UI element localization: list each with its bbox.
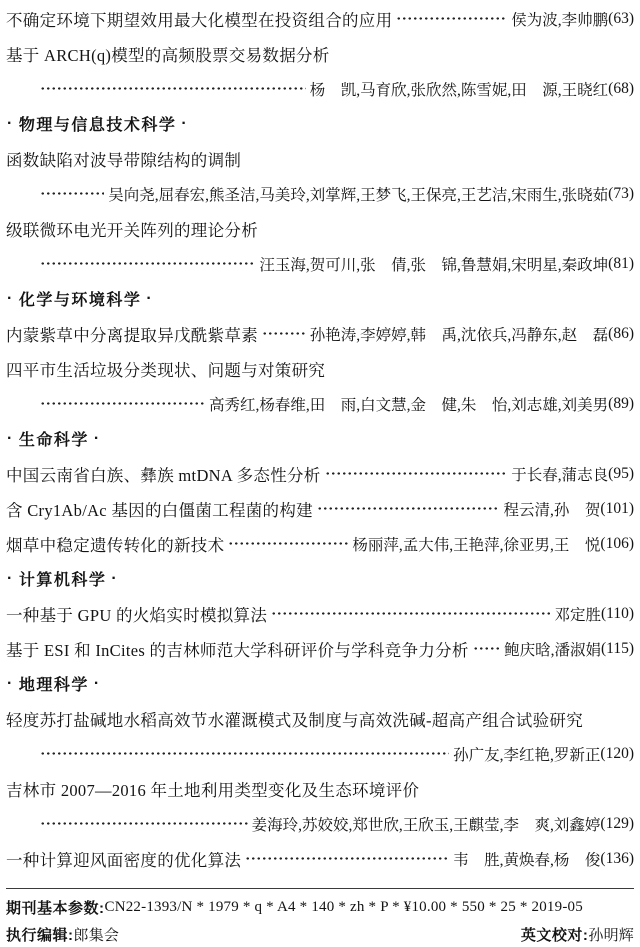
toc-entry-row: 中国云南省白族、彝族 mtDNA 多态性分析于长春,蒲志良(95) <box>6 456 634 491</box>
toc-authors-row: 孙广友,李红艳,罗新正(120) <box>6 736 634 771</box>
article-title: 一种基于 GPU 的火焰实时模拟算法 <box>6 602 267 626</box>
article-title: 内蒙紫草中分离提取异戊酰紫草素 <box>6 322 258 346</box>
toc-title-row: 函数缺陷对波导带隙结构的调制 <box>6 141 634 176</box>
dot-leader <box>40 185 104 203</box>
dot-leader <box>473 640 500 658</box>
page-number: (81) <box>608 255 634 273</box>
section-title: 物理与信息技术科学 <box>19 112 177 135</box>
section-title: 化学与环境科学 <box>19 287 142 310</box>
toc-entry-row: 基于 ESI 和 InCites 的吉林师范大学科研评价与学科竞争力分析鲍庆晗,… <box>6 631 634 666</box>
section-header-row: ·物理与信息技术科学· <box>6 106 634 141</box>
section-marker-dot: · <box>7 115 14 133</box>
section-marker-dot: · <box>111 570 118 588</box>
dot-leader <box>262 325 306 343</box>
page-number: (136) <box>600 850 634 868</box>
section-marker-dot: · <box>7 675 14 693</box>
page-number: (63) <box>608 10 634 28</box>
dot-leader <box>40 80 306 98</box>
section-marker-dot: · <box>7 290 14 308</box>
dot-leader <box>228 535 348 553</box>
dot-leader <box>271 605 550 623</box>
toc-entry-row: 一种计算迎风面密度的优化算法韦 胜,黄焕春,杨 俊(136) <box>6 841 634 876</box>
toc-title-row: 基于 ARCH(q)模型的高频股票交易数据分析 <box>6 36 634 71</box>
section-marker-dot: · <box>181 115 188 133</box>
page-number: (101) <box>600 500 634 518</box>
page-number: (106) <box>600 535 634 553</box>
page-number: (115) <box>601 640 634 658</box>
executive-editor-value: 郎集会 <box>74 924 120 945</box>
article-title: 烟草中稳定遗传转化的新技术 <box>6 532 224 556</box>
toc-authors-row: 吴向尧,屈春宏,熊圣洁,马美玲,刘掌辉,王梦飞,王保亮,王艺洁,宋雨生,张晓茹(… <box>6 176 634 211</box>
section-marker-dot: · <box>7 430 14 448</box>
section-header-row: ·生命科学· <box>6 421 634 456</box>
english-proofreader-value: 孙明辉 <box>588 924 634 945</box>
journal-toc-page: 不确定环境下期望效用最大化模型在投资组合的应用侯为波,李帅鹏(63)基于 ARC… <box>0 0 640 947</box>
dot-leader <box>40 745 449 763</box>
article-authors: 韦 胜,黄焕春,杨 俊 <box>453 848 600 870</box>
section-title: 地理科学 <box>19 672 89 695</box>
toc-title-row: 四平市生活垃圾分类现状、问题与对策研究 <box>6 351 634 386</box>
toc-authors-row: 汪玉海,贺可川,张 倩,张 锦,鲁慧娟,宋明星,秦政坤(81) <box>6 246 634 281</box>
page-number: (89) <box>608 395 634 413</box>
article-title: 不确定环境下期望效用最大化模型在投资组合的应用 <box>6 7 392 31</box>
article-title: 轻度苏打盐碱地水稻高效节水灌溉模式及制度与高效洗碱-超高产组合试验研究 <box>6 707 583 731</box>
article-authors: 汪玉海,贺可川,张 倩,张 锦,鲁慧娟,宋明星,秦政坤 <box>259 253 608 275</box>
article-title: 四平市生活垃圾分类现状、问题与对策研究 <box>6 357 325 381</box>
article-title: 基于 ESI 和 InCites 的吉林师范大学科研评价与学科竞争力分析 <box>6 637 469 661</box>
dot-leader <box>40 815 248 833</box>
toc-entry-row: 一种基于 GPU 的火焰实时模拟算法邓定胜(110) <box>6 596 634 631</box>
section-marker-dot: · <box>7 570 14 588</box>
page-number: (129) <box>600 815 634 833</box>
dot-leader <box>317 500 500 518</box>
journal-params-label: 期刊基本参数: <box>6 897 105 918</box>
dot-leader <box>396 10 507 28</box>
article-title: 函数缺陷对波导带隙结构的调制 <box>6 147 241 171</box>
article-title: 含 Cry1Ab/Ac 基因的白僵菌工程菌的构建 <box>6 497 313 521</box>
page-number: (95) <box>608 465 634 483</box>
toc-title-row: 级联微环电光开关阵列的理论分析 <box>6 211 634 246</box>
executive-editor: 执行编辑: 郎集会 <box>6 924 119 945</box>
dot-leader <box>40 255 255 273</box>
section-marker-dot: · <box>94 430 101 448</box>
page-number: (110) <box>601 605 634 623</box>
article-authors: 程云清,孙 贺 <box>504 498 601 520</box>
article-authors: 杨 凯,马育欣,张欣然,陈雪妮,田 源,王晓红 <box>310 78 608 100</box>
section-header-row: ·化学与环境科学· <box>6 281 634 316</box>
section-title: 生命科学 <box>19 427 89 450</box>
toc-authors-row: 高秀红,杨春维,田 雨,白文慧,金 健,朱 怡,刘志雄,刘美男(89) <box>6 386 634 421</box>
article-title: 基于 ARCH(q)模型的高频股票交易数据分析 <box>6 42 330 66</box>
article-authors: 侯为波,李帅鹏 <box>511 8 608 30</box>
journal-params-line: 期刊基本参数: CN22-1393/N * 1979 * q * A4 * 14… <box>6 893 634 921</box>
section-title: 计算机科学 <box>19 567 107 590</box>
page-number: (68) <box>608 80 634 98</box>
article-authors: 高秀红,杨春维,田 雨,白文慧,金 健,朱 怡,刘志雄,刘美男 <box>209 393 608 415</box>
dot-leader <box>245 850 449 868</box>
editors-line: 执行编辑: 郎集会 英文校对: 孙明辉 <box>6 921 634 947</box>
article-authors: 孙广友,李红艳,罗新正 <box>453 743 600 765</box>
article-authors: 姜海玲,苏姣姣,郑世欣,王欣玉,王麒莹,李 爽,刘鑫婷 <box>252 813 601 835</box>
article-title: 吉林市 2007—2016 年土地利用类型变化及生态环境评价 <box>6 777 419 801</box>
footer-divider <box>6 888 634 889</box>
page-number: (86) <box>608 325 634 343</box>
section-header-row: ·计算机科学· <box>6 561 634 596</box>
article-title: 中国云南省白族、彝族 mtDNA 多态性分析 <box>6 462 321 486</box>
article-authors: 孙艳涛,李婷婷,韩 禹,沈依兵,冯静东,赵 磊 <box>310 323 608 345</box>
toc-authors-row: 杨 凯,马育欣,张欣然,陈雪妮,田 源,王晓红(68) <box>6 71 634 106</box>
article-title: 一种计算迎风面密度的优化算法 <box>6 847 241 871</box>
article-authors: 杨丽萍,孟大伟,王艳萍,徐亚男,王 悦 <box>352 533 600 555</box>
page-number: (73) <box>608 185 634 203</box>
toc-entry-row: 烟草中稳定遗传转化的新技术杨丽萍,孟大伟,王艳萍,徐亚男,王 悦(106) <box>6 526 634 561</box>
article-authors: 鲍庆晗,潘淑娟 <box>504 638 601 660</box>
toc-list: 不确定环境下期望效用最大化模型在投资组合的应用侯为波,李帅鹏(63)基于 ARC… <box>6 1 634 876</box>
section-header-row: ·地理科学· <box>6 666 634 701</box>
dot-leader <box>40 395 205 413</box>
toc-entry-row: 内蒙紫草中分离提取异戊酰紫草素孙艳涛,李婷婷,韩 禹,沈依兵,冯静东,赵 磊(8… <box>6 316 634 351</box>
article-title: 级联微环电光开关阵列的理论分析 <box>6 217 258 241</box>
article-authors: 吴向尧,屈春宏,熊圣洁,马美玲,刘掌辉,王梦飞,王保亮,王艺洁,宋雨生,张晓茹 <box>108 183 608 205</box>
dot-leader <box>325 465 508 483</box>
toc-entry-row: 不确定环境下期望效用最大化模型在投资组合的应用侯为波,李帅鹏(63) <box>6 1 634 36</box>
toc-title-row: 吉林市 2007—2016 年土地利用类型变化及生态环境评价 <box>6 771 634 806</box>
section-marker-dot: · <box>94 675 101 693</box>
journal-params-value: CN22-1393/N * 1979 * q * A4 * 140 * zh *… <box>105 899 583 916</box>
toc-title-row: 轻度苏打盐碱地水稻高效节水灌溉模式及制度与高效洗碱-超高产组合试验研究 <box>6 701 634 736</box>
executive-editor-label: 执行编辑: <box>6 924 74 945</box>
toc-entry-row: 含 Cry1Ab/Ac 基因的白僵菌工程菌的构建程云清,孙 贺(101) <box>6 491 634 526</box>
page-number: (120) <box>600 745 634 763</box>
english-proofreader: 英文校对: 孙明辉 <box>521 924 634 945</box>
english-proofreader-label: 英文校对: <box>521 924 589 945</box>
toc-authors-row: 姜海玲,苏姣姣,郑世欣,王欣玉,王麒莹,李 爽,刘鑫婷(129) <box>6 806 634 841</box>
section-marker-dot: · <box>146 290 153 308</box>
article-authors: 于长春,蒲志良 <box>511 463 608 485</box>
article-authors: 邓定胜 <box>554 603 601 625</box>
